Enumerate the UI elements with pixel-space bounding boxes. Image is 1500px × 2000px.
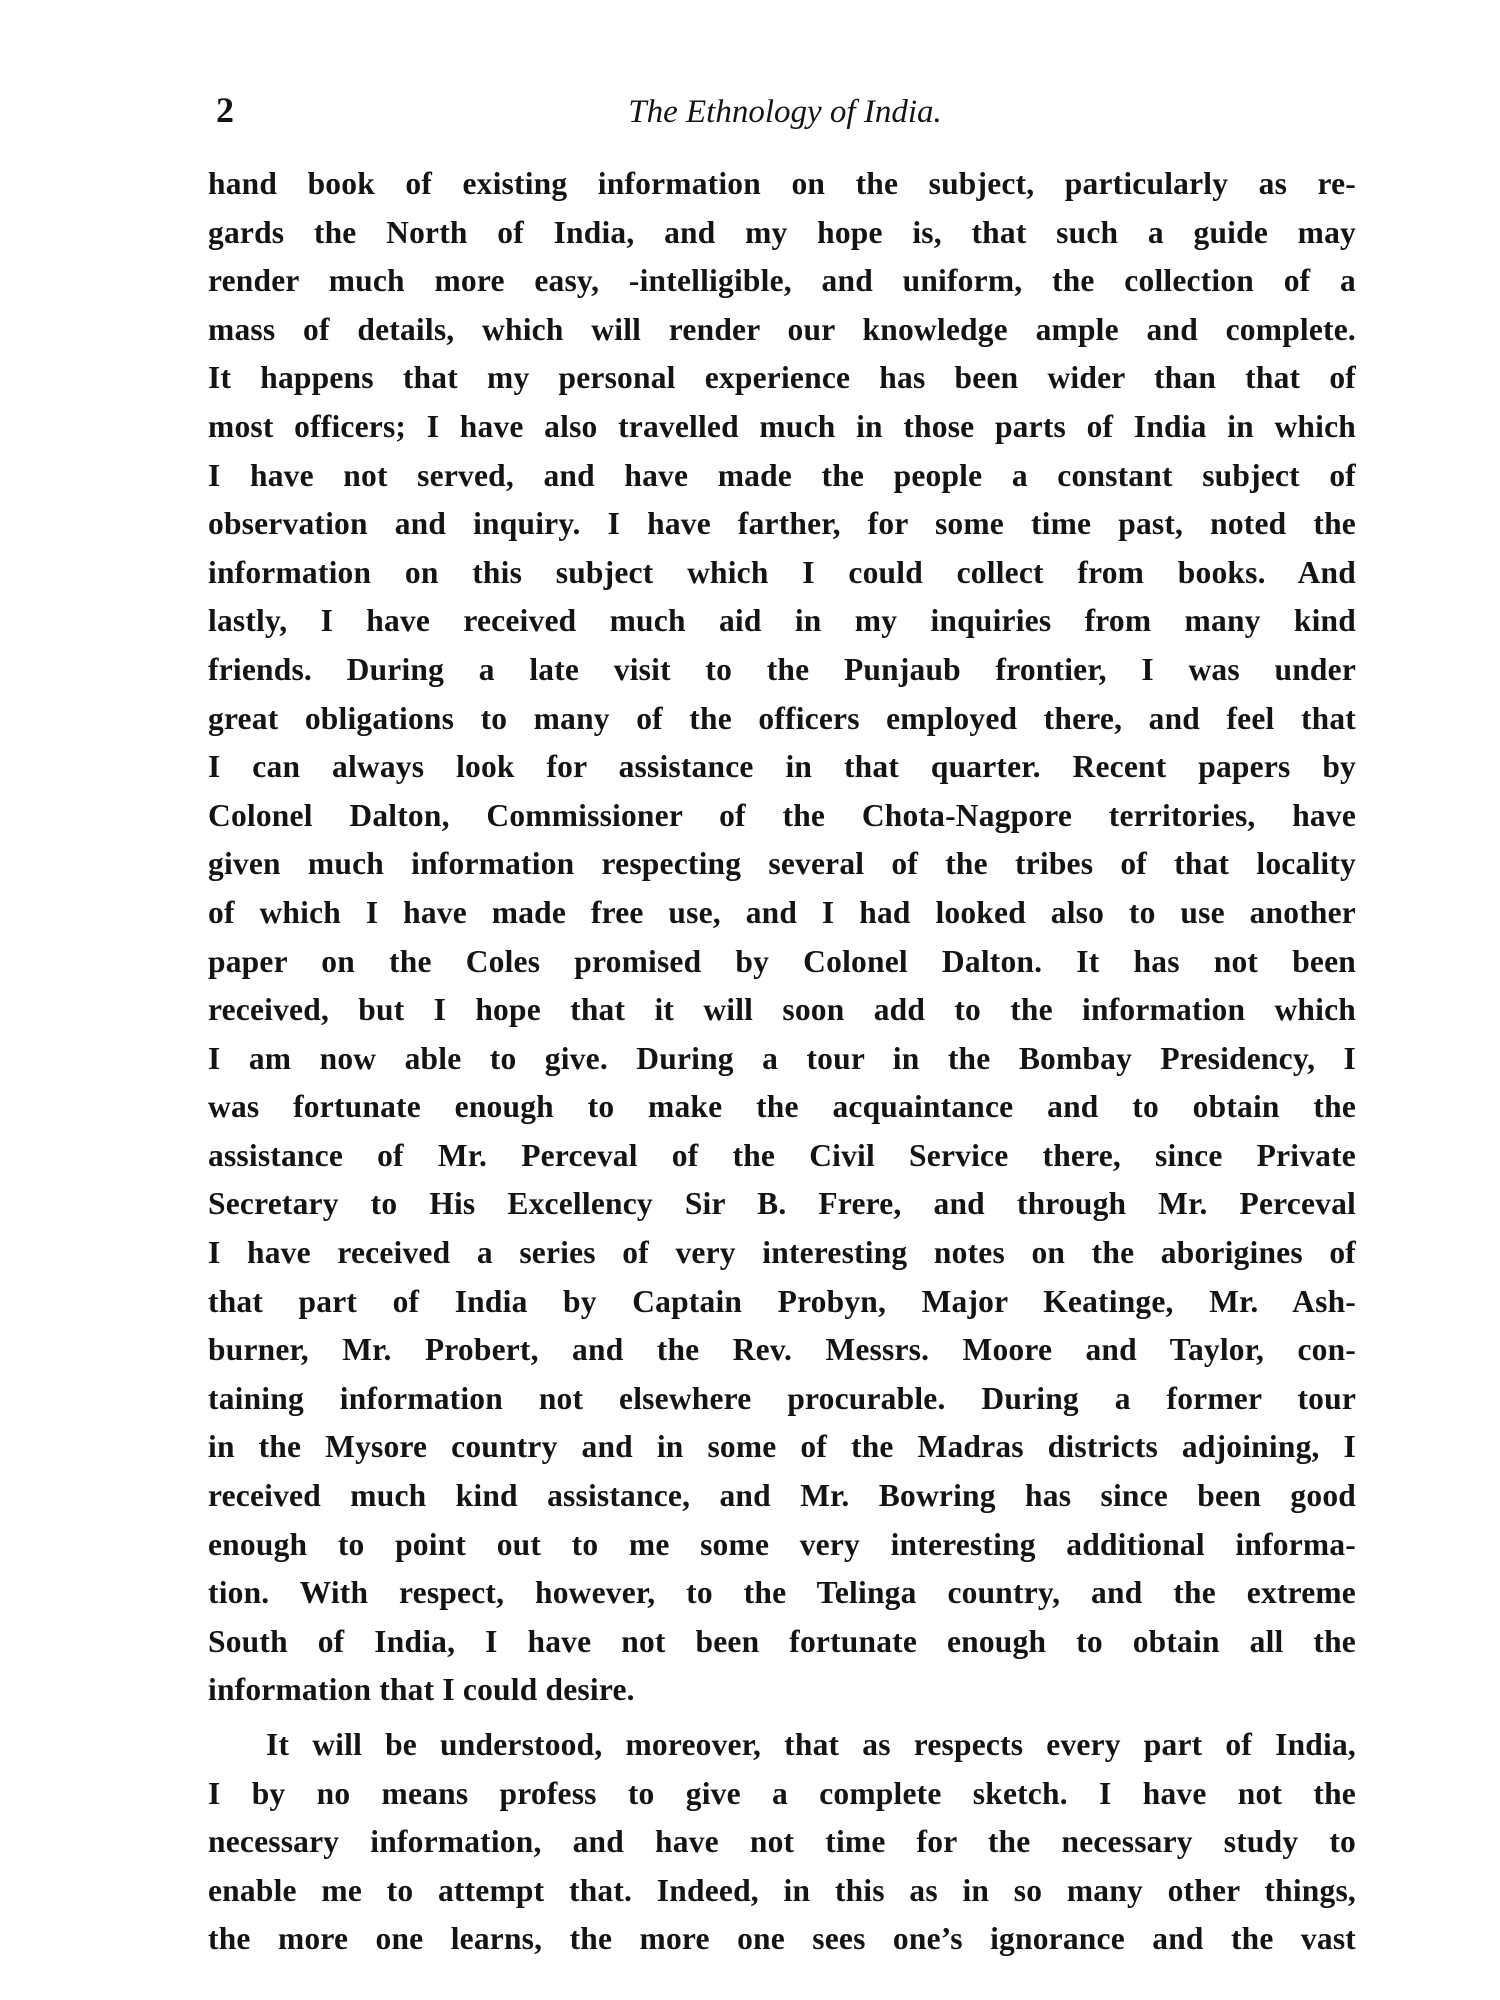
text-line: tion. With respect, however, to the Teli… xyxy=(208,1569,1356,1618)
text-line: Colonel Dalton, Commissioner of the Chot… xyxy=(208,792,1356,841)
text-line: of which I have made free use, and I had… xyxy=(208,889,1356,938)
text-line: given much information respecting severa… xyxy=(208,840,1356,889)
text-line: information on this subject which I coul… xyxy=(208,549,1356,598)
text-line: It will be understood, moreover, that as… xyxy=(208,1721,1356,1770)
text-line: South of India, I have not been fortunat… xyxy=(208,1618,1356,1667)
text-line: Secretary to His Excellency Sir B. Frere… xyxy=(208,1180,1356,1229)
text-line: I have received a series of very interes… xyxy=(208,1229,1356,1278)
body-text: hand book of existing information on the… xyxy=(208,160,1356,1964)
text-line: burner, Mr. Probert, and the Rev. Messrs… xyxy=(208,1326,1356,1375)
text-line: in the Mysore country and in some of the… xyxy=(208,1423,1356,1472)
text-line: It happens that my personal experience h… xyxy=(208,354,1356,403)
text-line: most officers; I have also travelled muc… xyxy=(208,403,1356,452)
text-line: I by no means profess to give a complete… xyxy=(208,1770,1356,1819)
text-line: received much kind assistance, and Mr. B… xyxy=(208,1472,1356,1521)
text-line: gards the North of India, and my hope is… xyxy=(208,209,1356,258)
text-line: mass of details, which will render our k… xyxy=(208,306,1356,355)
text-line: render much more easy, -intelligible, an… xyxy=(208,257,1356,306)
text-line: observation and inquiry. I have farther,… xyxy=(208,500,1356,549)
text-line: that part of India by Captain Probyn, Ma… xyxy=(208,1278,1356,1327)
text-line: I am now able to give. During a tour in … xyxy=(208,1035,1356,1084)
paragraph-2: It will be understood, moreover, that as… xyxy=(208,1721,1356,1964)
text-line: necessary information, and have not time… xyxy=(208,1818,1356,1867)
text-line: was fortunate enough to make the acquain… xyxy=(208,1083,1356,1132)
text-line: enable me to attempt that. Indeed, in th… xyxy=(208,1867,1356,1916)
text-line: enough to point out to me some very inte… xyxy=(208,1521,1356,1570)
text-line: the more one learns, the more one sees o… xyxy=(208,1915,1356,1964)
text-line: friends. During a late visit to the Punj… xyxy=(208,646,1356,695)
running-title: The Ethnology of India. xyxy=(0,90,1500,134)
text-line: taining information not elsewhere procur… xyxy=(208,1375,1356,1424)
text-line: I can always look for assistance in that… xyxy=(208,743,1356,792)
text-line: lastly, I have received much aid in my i… xyxy=(208,597,1356,646)
text-line: paper on the Coles promised by Colonel D… xyxy=(208,938,1356,987)
text-line: I have not served, and have made the peo… xyxy=(208,452,1356,501)
paragraph-1: hand book of existing information on the… xyxy=(208,160,1356,1715)
text-line: hand book of existing information on the… xyxy=(208,160,1356,209)
text-line: great obligations to many of the officer… xyxy=(208,695,1356,744)
text-line: received, but I hope that it will soon a… xyxy=(208,986,1356,1035)
text-line: assistance of Mr. Perceval of the Civil … xyxy=(208,1132,1356,1181)
text-line: information that I could desire. xyxy=(208,1666,1356,1715)
book-page: 2 The Ethnology of India. hand book of e… xyxy=(0,0,1500,2000)
